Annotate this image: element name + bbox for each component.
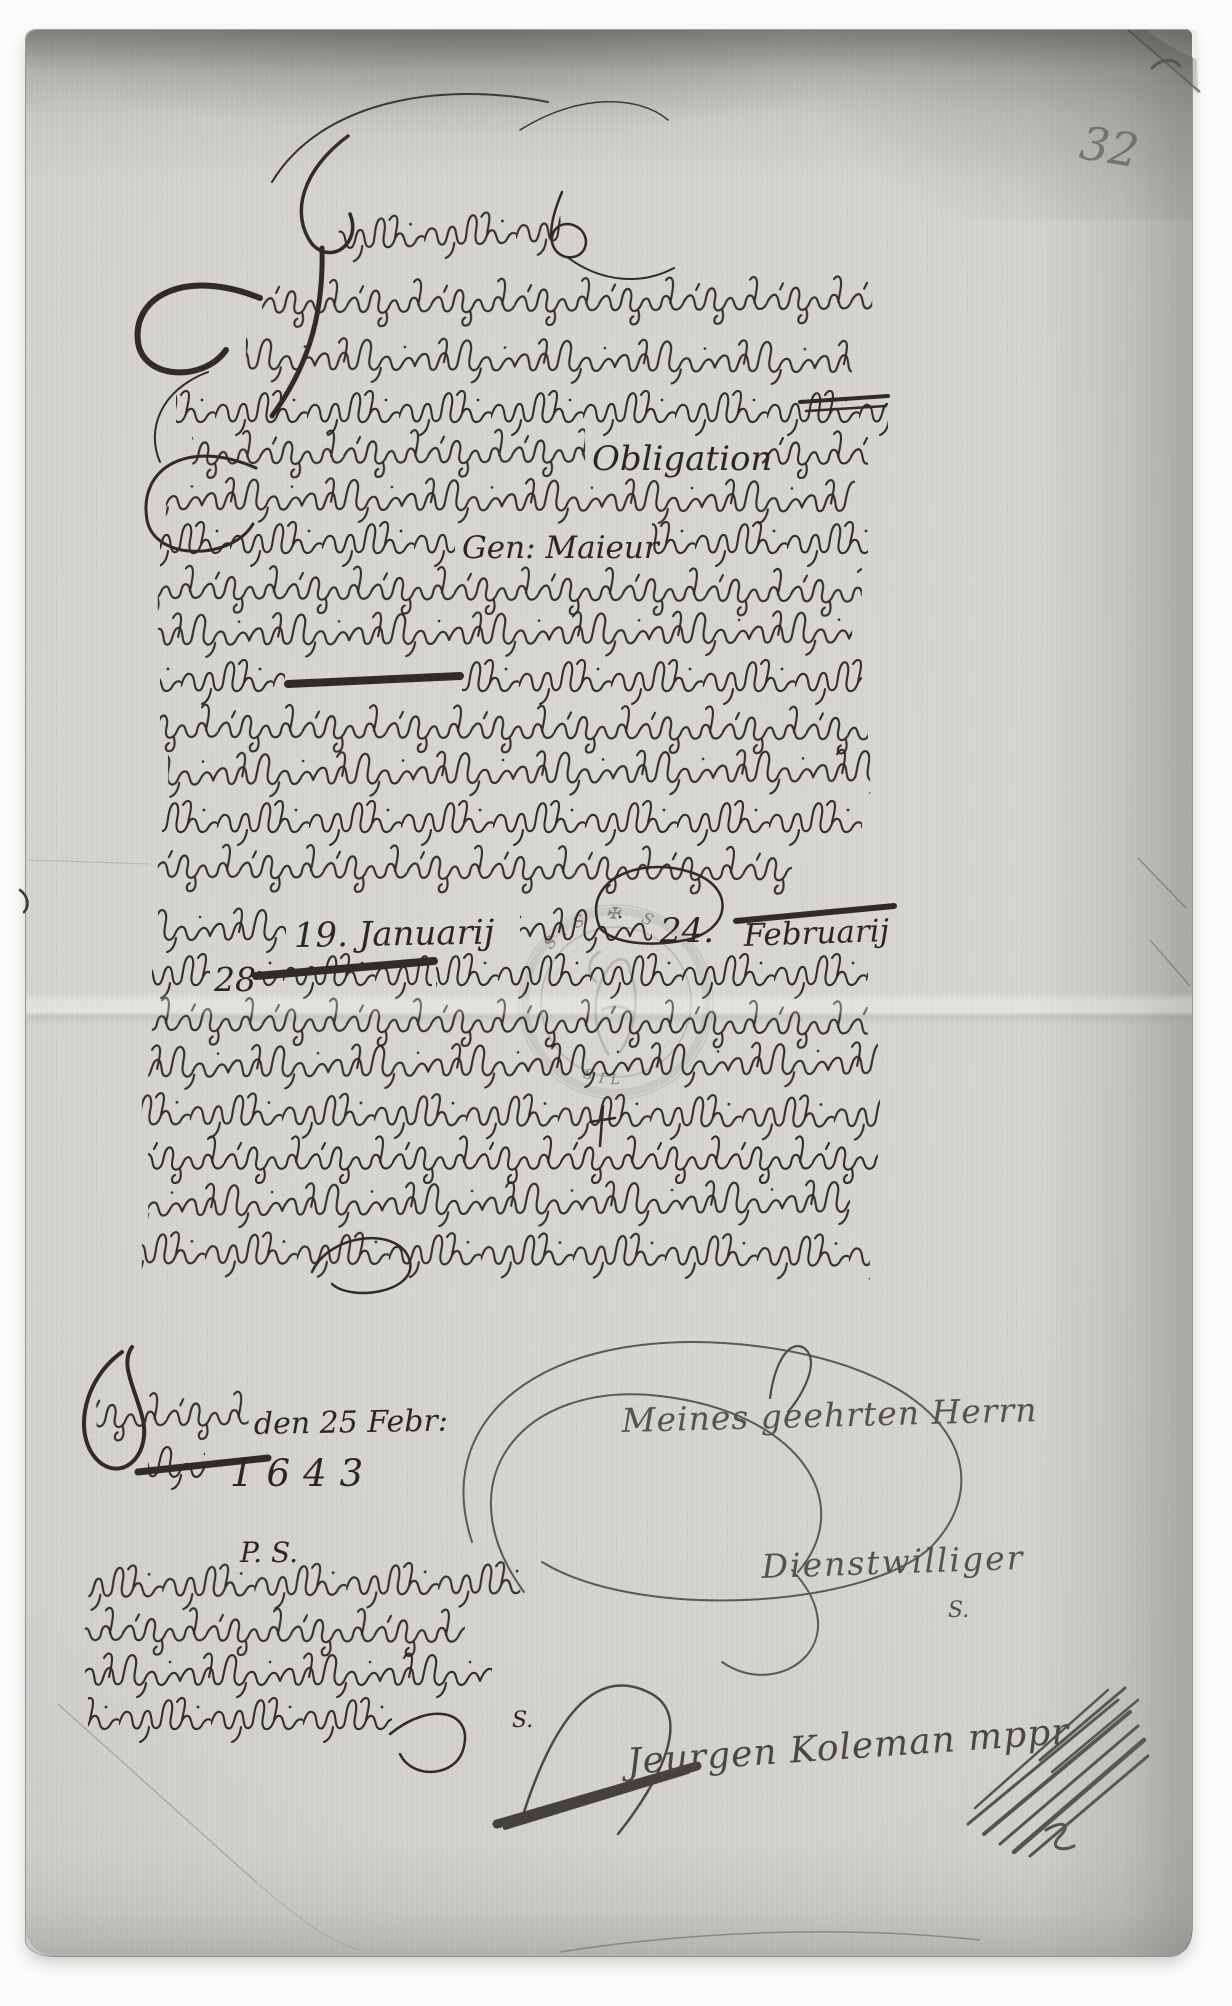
manuscript-scan: SIS ✠ S SIL [0,0,1232,2006]
signature: Jeurgen Koleman mppr [619,1711,1072,1783]
handwriting-line-segment [436,946,868,1000]
handwriting-line [148,1173,850,1231]
salutation-line [338,202,562,264]
hatch-stroke [1030,1756,1148,1856]
flourish-stroke [390,1714,465,1772]
crease-line [28,860,150,864]
flourish-stroke [520,102,668,130]
handwriting-line-segment [152,946,210,1000]
handwriting-line-segment [160,514,455,568]
handwriting-line [262,271,872,329]
handwriting-line [158,604,852,660]
handwriting-line-segment [652,514,868,568]
handwriting-line [142,1224,870,1281]
dateline-year: 1643 [230,1452,376,1495]
z-mark [1046,1824,1074,1848]
stroke-dash [288,676,460,684]
handwriting-line [168,742,870,800]
flourish-stroke [138,286,260,373]
dateline-day: den 25 Febr: [254,1404,449,1442]
crease-line [256,1882,360,1950]
handwriting-body [85,202,888,1744]
handwriting-line-segment [160,652,285,706]
dateline-place-word [96,1386,249,1443]
valediction-initial: S. [948,1598,969,1623]
margin-tick [20,890,27,912]
signature-flourishes [497,1685,1148,1856]
page-number: 32 [1076,116,1142,178]
handwriting-line [158,839,792,896]
handwriting-line-segment [762,426,868,480]
handwriting-line [162,793,862,847]
postscript-line [88,1690,392,1744]
handwriting-line-segment [462,652,862,706]
closing-honorific: Meines geehrten Herrn [620,1390,1038,1440]
postscript-initial: S. [512,1708,533,1733]
rate-number: 28 [213,960,256,999]
handwriting-layer: SIS ✠ S SIL [0,0,1232,2006]
date-to-day: 24. [659,911,714,951]
word-gen-maieur: Gen: Maieur [462,530,661,566]
handwriting-line [246,330,852,387]
crease-line [1150,940,1190,986]
crease-line [1138,858,1186,908]
closing-valediction: Dienstwilliger [760,1538,1025,1586]
handwriting-line [148,1035,878,1092]
word-obligation: Obligation [592,439,772,479]
postscript-label: P. S. [239,1536,298,1569]
closing-flourish [464,1342,962,1675]
date-to-month: Februarij [742,913,890,954]
flourish-stroke [272,94,548,182]
date-from: 19. Januarij [293,912,495,956]
crease-line [560,1932,980,1952]
